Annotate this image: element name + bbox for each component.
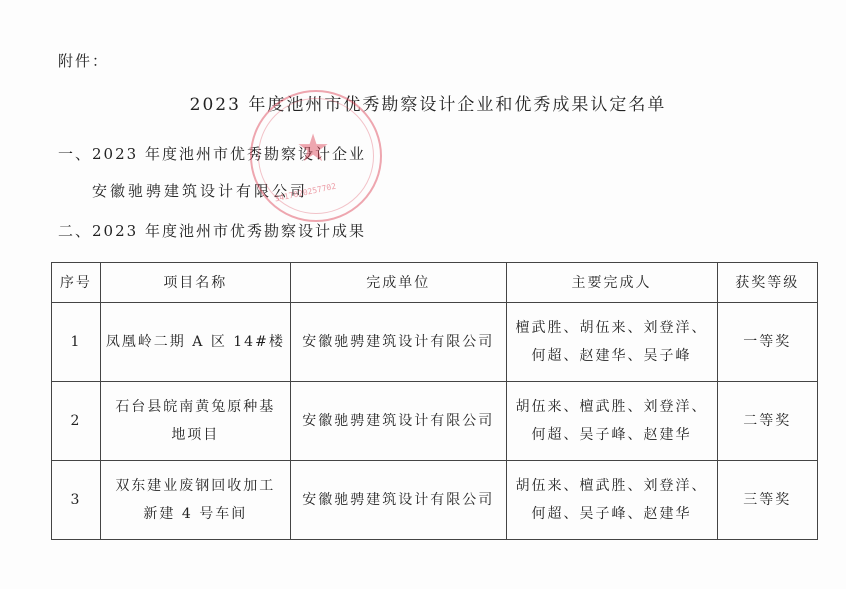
- row-people: 胡伍来、檀武胜、刘登洋、 何超、吴子峰、赵建华: [506, 382, 717, 461]
- row-index: 1: [52, 303, 101, 382]
- people-line1: 胡伍来、檀武胜、刘登洋、: [507, 472, 717, 500]
- section2-heading: 二、2023 年度池州市优秀勘察设计成果: [58, 220, 366, 241]
- header-people: 主要完成人: [506, 263, 717, 303]
- row-unit: 安徽驰骋建筑设计有限公司: [290, 461, 506, 540]
- row-project: 双东建业废钢回收加工 新建 4 号车间: [100, 461, 290, 540]
- row-award: 一等奖: [717, 303, 818, 382]
- header-project: 项目名称: [100, 263, 290, 303]
- people-line2: 何超、赵建华、吴子峰: [507, 342, 717, 370]
- section1-company: 安徽驰骋建筑设计有限公司: [92, 180, 308, 201]
- people-line1: 胡伍来、檀武胜、刘登洋、: [507, 393, 717, 421]
- attachment-label: 附件：: [58, 50, 109, 71]
- row-unit: 安徽驰骋建筑设计有限公司: [290, 303, 506, 382]
- awards-table: 序号 项目名称 完成单位 主要完成人 获奖等级 1 凤凰岭二期 A 区 14#楼…: [51, 262, 818, 540]
- row-unit: 安徽驰骋建筑设计有限公司: [290, 382, 506, 461]
- row-award: 三等奖: [717, 461, 818, 540]
- project-line1: 凤凰岭二期 A 区 14#楼: [101, 328, 290, 356]
- people-line1: 檀武胜、胡伍来、刘登洋、: [507, 314, 717, 342]
- row-people: 胡伍来、檀武胜、刘登洋、 何超、吴子峰、赵建华: [506, 461, 717, 540]
- project-line1: 石台县皖南黄兔原种基: [101, 393, 290, 421]
- table-header-row: 序号 项目名称 完成单位 主要完成人 获奖等级: [52, 263, 818, 303]
- people-line2: 何超、吴子峰、赵建华: [507, 500, 717, 528]
- section1-heading: 一、2023 年度池州市优秀勘察设计企业: [58, 143, 366, 164]
- row-award: 二等奖: [717, 382, 818, 461]
- row-project: 石台县皖南黄兔原种基 地项目: [100, 382, 290, 461]
- header-unit: 完成单位: [290, 263, 506, 303]
- row-index: 2: [52, 382, 101, 461]
- row-people: 檀武胜、胡伍来、刘登洋、 何超、赵建华、吴子峰: [506, 303, 717, 382]
- row-project: 凤凰岭二期 A 区 14#楼: [100, 303, 290, 382]
- table-row: 3 双东建业废钢回收加工 新建 4 号车间 安徽驰骋建筑设计有限公司 胡伍来、檀…: [52, 461, 818, 540]
- project-line2: 地项目: [101, 421, 290, 449]
- project-line1: 双东建业废钢回收加工: [101, 472, 290, 500]
- table-row: 2 石台县皖南黄兔原种基 地项目 安徽驰骋建筑设计有限公司 胡伍来、檀武胜、刘登…: [52, 382, 818, 461]
- row-index: 3: [52, 461, 101, 540]
- header-award: 获奖等级: [717, 263, 818, 303]
- header-index: 序号: [52, 263, 101, 303]
- document-title: 2023 年度池州市优秀勘察设计企业和优秀成果认定名单: [0, 90, 846, 115]
- project-line2: 新建 4 号车间: [101, 500, 290, 528]
- table-row: 1 凤凰岭二期 A 区 14#楼 安徽驰骋建筑设计有限公司 檀武胜、胡伍来、刘登…: [52, 303, 818, 382]
- people-line2: 何超、吴子峰、赵建华: [507, 421, 717, 449]
